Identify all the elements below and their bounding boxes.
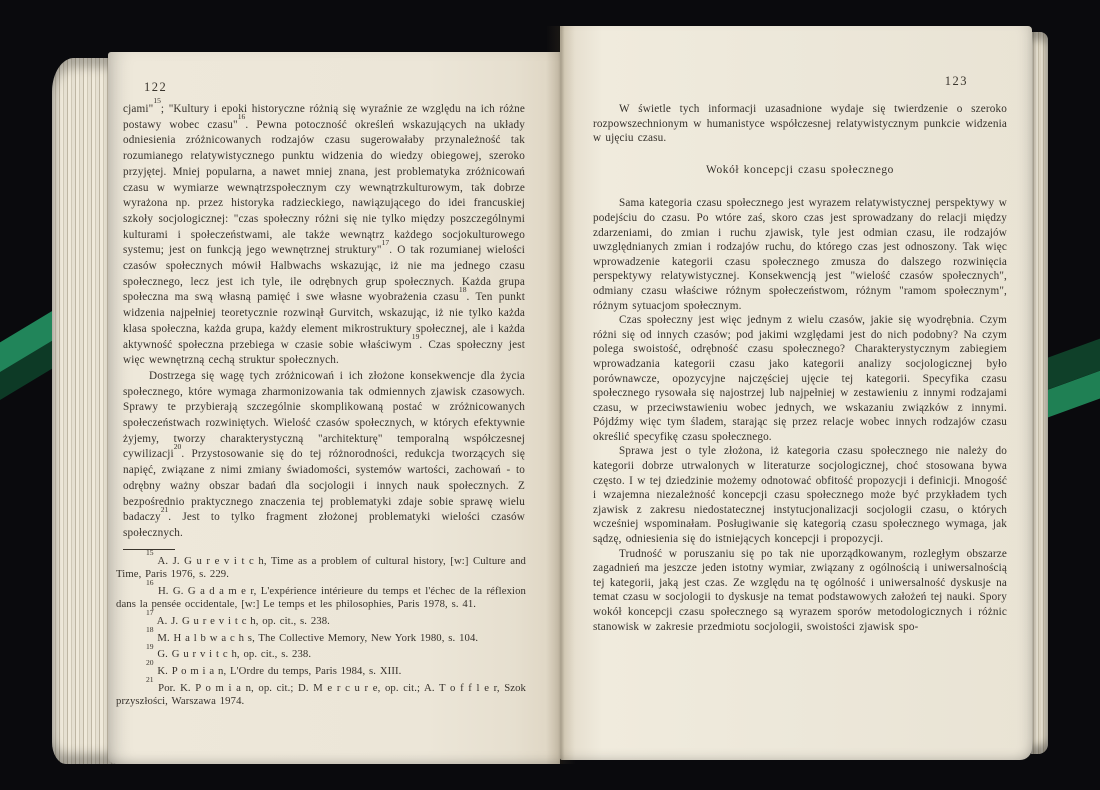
body-paragraph: Sprawa jest o tyle złożona, iż kategoria… xyxy=(593,444,1007,546)
footnote-ref: 17 xyxy=(382,238,390,247)
footnote-number: 15 xyxy=(146,548,154,557)
footnote: 15 A. J. G u r e v i t c h, Time as a pr… xyxy=(116,555,526,581)
footnote-ref: 20 xyxy=(174,442,182,451)
footnote-number: 18 xyxy=(146,625,154,634)
book-page-left: 122 cjami"15; "Kultury i epoki historycz… xyxy=(108,52,560,764)
body-paragraph: cjami"15; "Kultury i epoki historyczne r… xyxy=(123,102,525,369)
footnote-ref: 19 xyxy=(412,332,420,341)
book-page-right: 123 W świetle tych informacji uzasadnion… xyxy=(560,26,1032,760)
footnote-ref: 15 xyxy=(153,96,161,105)
right-page-body: W świetle tych informacji uzasadnione wy… xyxy=(593,102,1007,634)
scanned-book-spread: { "colors":{ "background":"#0a0a0d", "pa… xyxy=(0,0,1100,790)
footnote-number: 21 xyxy=(146,675,154,684)
section-heading: Wokół koncepcji czasu społecznego xyxy=(593,163,1007,178)
body-paragraph: W świetle tych informacji uzasadnione wy… xyxy=(593,102,1007,146)
footnote: 21 Por. K. P o m i a n, op. cit.; D. M e… xyxy=(116,682,526,708)
footnote: 20 K. P o m i a n, L'Ordre du temps, Par… xyxy=(116,665,526,678)
page-number: 122 xyxy=(144,80,167,95)
footnote: 17 A. J. G u r e v i t c h, op. cit., s.… xyxy=(116,615,526,628)
footnote: 19 G. G u r v i t c h, op. cit., s. 238. xyxy=(116,648,526,661)
footnote-number: 20 xyxy=(146,658,154,667)
page-stack-left-edge xyxy=(52,58,114,764)
footnote-ref: 21 xyxy=(161,505,169,514)
body-paragraph: Trudność w poruszaniu się po tak nie upo… xyxy=(593,547,1007,635)
footnote-ref: 18 xyxy=(459,285,467,294)
footnote-list: 15 A. J. G u r e v i t c h, Time as a pr… xyxy=(116,555,526,708)
footnote: 16 H. G. G a d a m e r, L'expérience int… xyxy=(116,585,526,611)
footnote-number: 17 xyxy=(146,608,154,617)
footnote-ref: 16 xyxy=(238,112,246,121)
footnote: 18 M. H a l b w a c h s, The Collective … xyxy=(116,632,526,645)
body-paragraph: Sama kategoria czasu społecznego jest wy… xyxy=(593,196,1007,313)
body-paragraph: Dostrzega się wagę tych zróżnicowań i ic… xyxy=(123,369,525,542)
body-paragraph: Czas społeczny jest więc jednym z wielu … xyxy=(593,313,1007,444)
page-stack-right-edge xyxy=(1031,32,1048,754)
page-number: 123 xyxy=(945,74,968,89)
footnote-section: 15 A. J. G u r e v i t c h, Time as a pr… xyxy=(116,549,526,712)
footnote-number: 16 xyxy=(146,578,154,587)
footnote-number: 19 xyxy=(146,642,154,651)
left-page-body: cjami"15; "Kultury i epoki historyczne r… xyxy=(123,102,525,542)
